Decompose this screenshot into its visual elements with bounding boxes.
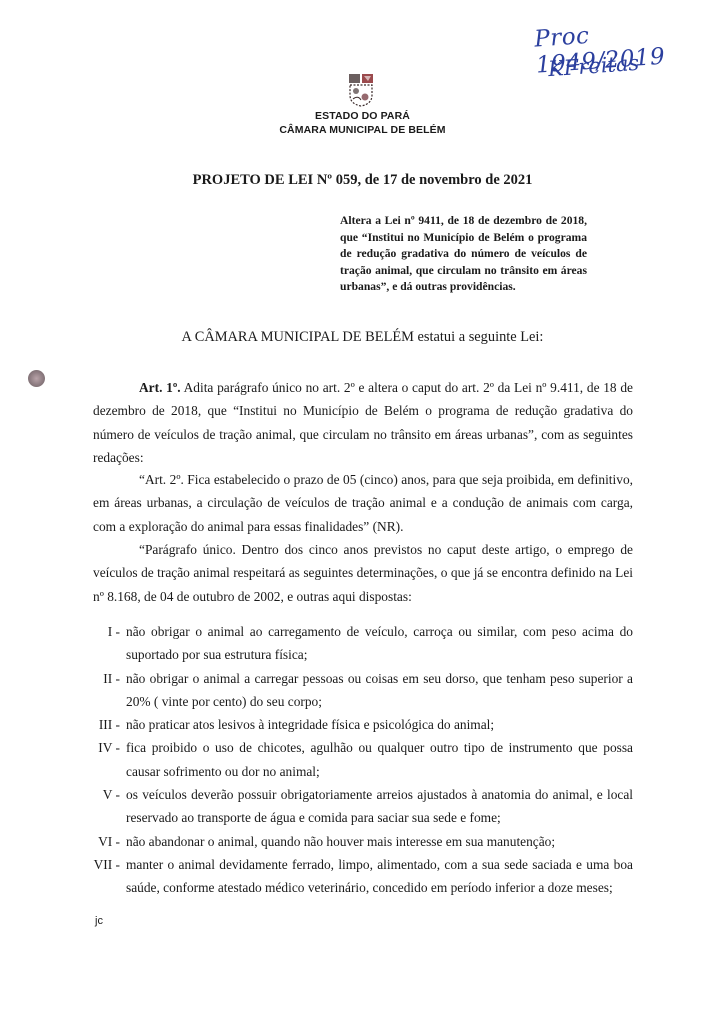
item-text: manter o animal devidamente ferrado, lim… (126, 853, 633, 900)
article-2-quote: “Art. 2º. Fica estabelecido o prazo de 0… (93, 468, 633, 538)
article-2-text: “Art. 2º. Fica estabelecido o prazo de 0… (93, 468, 633, 538)
list-item: IV - fica proibido o uso de chicotes, ag… (70, 736, 633, 783)
list-item: I - não obrigar o animal ao carregamento… (70, 620, 633, 667)
item-numeral: I - (70, 620, 126, 667)
punch-hole-mark (28, 370, 45, 387)
coat-of-arms-icon (348, 73, 374, 107)
list-item: III - não praticar atos lesivos à integr… (70, 713, 633, 736)
list-item: VII - manter o animal devidamente ferrad… (70, 853, 633, 900)
item-text: não obrigar o animal ao carregamento de … (126, 620, 633, 667)
list-item: V - os veículos deverão possuir obrigato… (70, 783, 633, 830)
item-text: fica proibido o uso de chicotes, agulhão… (126, 736, 633, 783)
item-text: não praticar atos lesivos à integridade … (126, 713, 633, 736)
ementa-summary: Altera a Lei nº 9411, de 18 de dezembro … (340, 213, 587, 296)
item-numeral: IV - (70, 736, 126, 783)
item-text: os veículos deverão possuir obrigatoriam… (126, 783, 633, 830)
article-1: Art. 1º. Adita parágrafo único no art. 2… (93, 376, 633, 470)
list-item: II - não obrigar o animal a carregar pes… (70, 667, 633, 714)
chamber-name: CÂMARA MUNICIPAL DE BELÉM (0, 124, 725, 136)
article-1-label: Art. 1º. (139, 380, 181, 395)
item-numeral: VI - (70, 830, 126, 853)
handwritten-signature: KFreitas (547, 51, 640, 81)
item-numeral: VII - (70, 853, 126, 900)
author-initials: jc (95, 915, 103, 927)
item-text: não obrigar o animal a carregar pessoas … (126, 667, 633, 714)
state-name: ESTADO DO PARÁ (0, 110, 725, 122)
item-numeral: V - (70, 783, 126, 830)
document-title: PROJETO DE LEI Nº 059, de 17 de novembro… (0, 172, 725, 189)
list-item: VI - não abandonar o animal, quando não … (70, 830, 633, 853)
paragrafo-unico-text: “Parágrafo único. Dentro dos cinco anos … (93, 538, 633, 608)
paragrafo-unico: “Parágrafo único. Dentro dos cinco anos … (93, 538, 633, 608)
item-numeral: II - (70, 667, 126, 714)
enactment-clause: A CÂMARA MUNICIPAL DE BELÉM estatui a se… (0, 329, 725, 346)
item-text: não abandonar o animal, quando não houve… (126, 830, 633, 853)
item-numeral: III - (70, 713, 126, 736)
determinations-list: I - não obrigar o animal ao carregamento… (70, 620, 633, 900)
